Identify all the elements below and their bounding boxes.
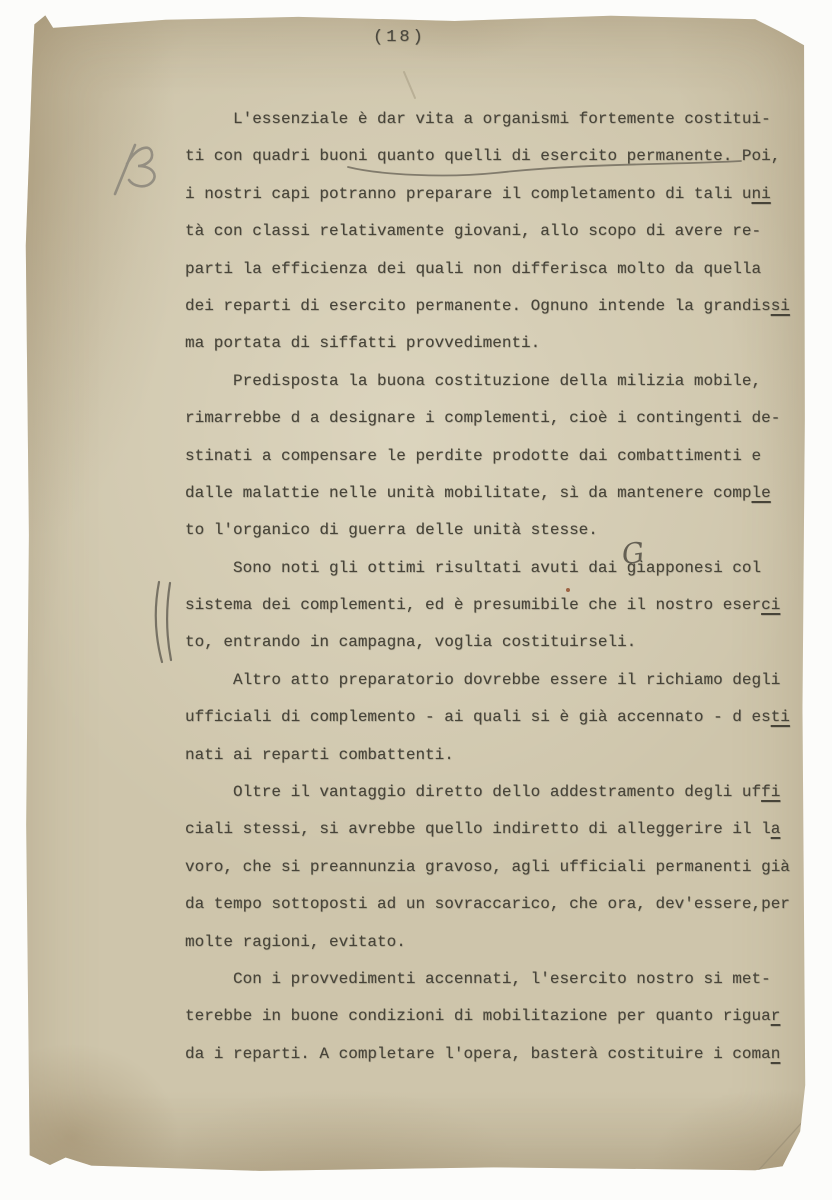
text-segment: parti la efficienza dei quali non differ…	[185, 260, 761, 278]
text-segment: i nostri capi potranno preparare il comp…	[185, 185, 752, 203]
text-line: i nostri capi potranno preparare il comp…	[185, 176, 786, 213]
text-segment: voro, che si preannunzia gravoso, agli u…	[185, 858, 790, 876]
text-line: to, entrando in campagna, voglia costitu…	[185, 624, 786, 661]
document-page: (18) L'essenziale è dar vita a organismi…	[25, 14, 806, 1172]
crease-mark	[404, 72, 415, 98]
text-line: Con i provvedimenti accennati, l'esercit…	[185, 961, 786, 998]
text-line: parti la efficienza dei quali non differ…	[185, 251, 786, 288]
text-line: dalle malattie nelle unità mobilitate, s…	[185, 475, 786, 512]
hyphenation-underline: ci	[761, 596, 780, 614]
hyphenation-underline: ti	[771, 708, 790, 726]
hyphenation-underline: r	[771, 1007, 781, 1025]
text-segment: L'essenziale è dar vita a organismi fort…	[233, 110, 771, 128]
text-segment: tà con classi relativamente giovani, all…	[185, 222, 761, 240]
text-segment: da i reparti. A completare l'opera, bast…	[185, 1045, 771, 1063]
text-segment: Predisposta la buona costituzione della …	[233, 372, 761, 390]
text-segment: ma portata di siffatti provvedimenti.	[185, 334, 540, 352]
text-line: Predisposta la buona costituzione della …	[185, 363, 786, 400]
text-line: stinati a compensare le perdite prodotte…	[185, 438, 786, 475]
text-line: da tempo sottoposti ad un sovraccarico, …	[185, 886, 786, 923]
text-segment: Sono noti gli ottimi risultati avuti dai	[233, 559, 627, 577]
text-line: voro, che si preannunzia gravoso, agli u…	[185, 849, 786, 886]
text-segment: Altro atto preparatorio dovrebbe essere …	[233, 671, 780, 689]
hyphenation-underline: n	[771, 1045, 781, 1063]
text-segment: ufficiali di complemento - ai quali si è…	[185, 708, 771, 726]
text-segment: sistema dei complementi, ed è presumibil…	[185, 596, 761, 614]
text-lines: L'essenziale è dar vita a organismi fort…	[185, 101, 786, 1073]
margin-stroke-2	[167, 583, 171, 660]
text-segment: to, entrando in campagna, voglia costitu…	[185, 633, 636, 651]
text-segment: ti con quadri buoni quanto quelli di ese…	[185, 147, 780, 165]
text-segment: to l'organico di guerra delle unità stes…	[185, 521, 598, 539]
text-line: dei reparti di esercito permanente. Ognu…	[185, 288, 786, 325]
text-line: Oltre il vantaggio diretto dello addestr…	[185, 774, 786, 811]
text-line: tà con classi relativamente giovani, all…	[185, 213, 786, 250]
text-line: da i reparti. A completare l'opera, bast…	[185, 1036, 786, 1073]
text-line: sistema dei complementi, ed è presumibil…	[185, 587, 786, 624]
hyphenation-underline: ni	[752, 185, 771, 203]
text-segment: Con i provvedimenti accennati, l'esercit…	[233, 970, 771, 988]
margin-note-nb	[115, 145, 155, 194]
text-segment: iapponesi col	[636, 559, 761, 577]
text-segment: nati ai reparti combattenti.	[185, 746, 454, 764]
hyphenation-underline: a	[771, 820, 781, 838]
text-line: ufficiali di complemento - ai quali si è…	[185, 699, 786, 736]
text-line: nati ai reparti combattenti.	[185, 737, 786, 774]
text-line: ciali stessi, si avrebbe quello indirett…	[185, 811, 786, 848]
text-line: Altro atto preparatorio dovrebbe essere …	[185, 662, 786, 699]
text-segment: rimarrebbe d a designare i complementi, …	[185, 409, 780, 427]
text-segment: molte ragioni, evitato.	[185, 933, 406, 951]
page-number: (18)	[373, 28, 426, 47]
hyphenation-underline: si	[771, 297, 790, 315]
text-line: ti con quadri buoni quanto quelli di ese…	[185, 138, 786, 175]
text-line: Sono noti gli ottimi risultati avuti dai…	[185, 550, 786, 587]
hyphenation-underline: fi	[761, 783, 780, 801]
text-line: to l'organico di guerra delle unità stes…	[185, 512, 786, 549]
margin-stroke-1	[156, 582, 162, 662]
text-line: ma portata di siffatti provvedimenti.	[185, 325, 786, 362]
hyphenation-underline: le	[752, 484, 771, 502]
text-segment: dalle malattie nelle unità mobilitate, s…	[185, 484, 752, 502]
handwritten-G-correction: G	[620, 538, 646, 569]
text-segment: dei reparti di esercito permanente. Ognu…	[185, 297, 771, 315]
text-segment: terebbe in buone condizioni di mobilitaz…	[185, 1007, 771, 1025]
text-segment: ciali stessi, si avrebbe quello indirett…	[185, 820, 771, 838]
text-line: rimarrebbe d a designare i complementi, …	[185, 400, 786, 437]
text-segment: da tempo sottoposti ad un sovraccarico, …	[185, 895, 790, 913]
text-segment: stinati a compensare le perdite prodotte…	[185, 447, 761, 465]
text-line: terebbe in buone condizioni di mobilitaz…	[185, 998, 786, 1035]
corner-fold-line	[757, 1118, 806, 1172]
overwritten-letter: gG	[627, 550, 637, 587]
text-line: L'essenziale è dar vita a organismi fort…	[185, 101, 786, 138]
text-segment: Oltre il vantaggio diretto dello addestr…	[233, 783, 761, 801]
text-line: molte ragioni, evitato.	[185, 924, 786, 961]
